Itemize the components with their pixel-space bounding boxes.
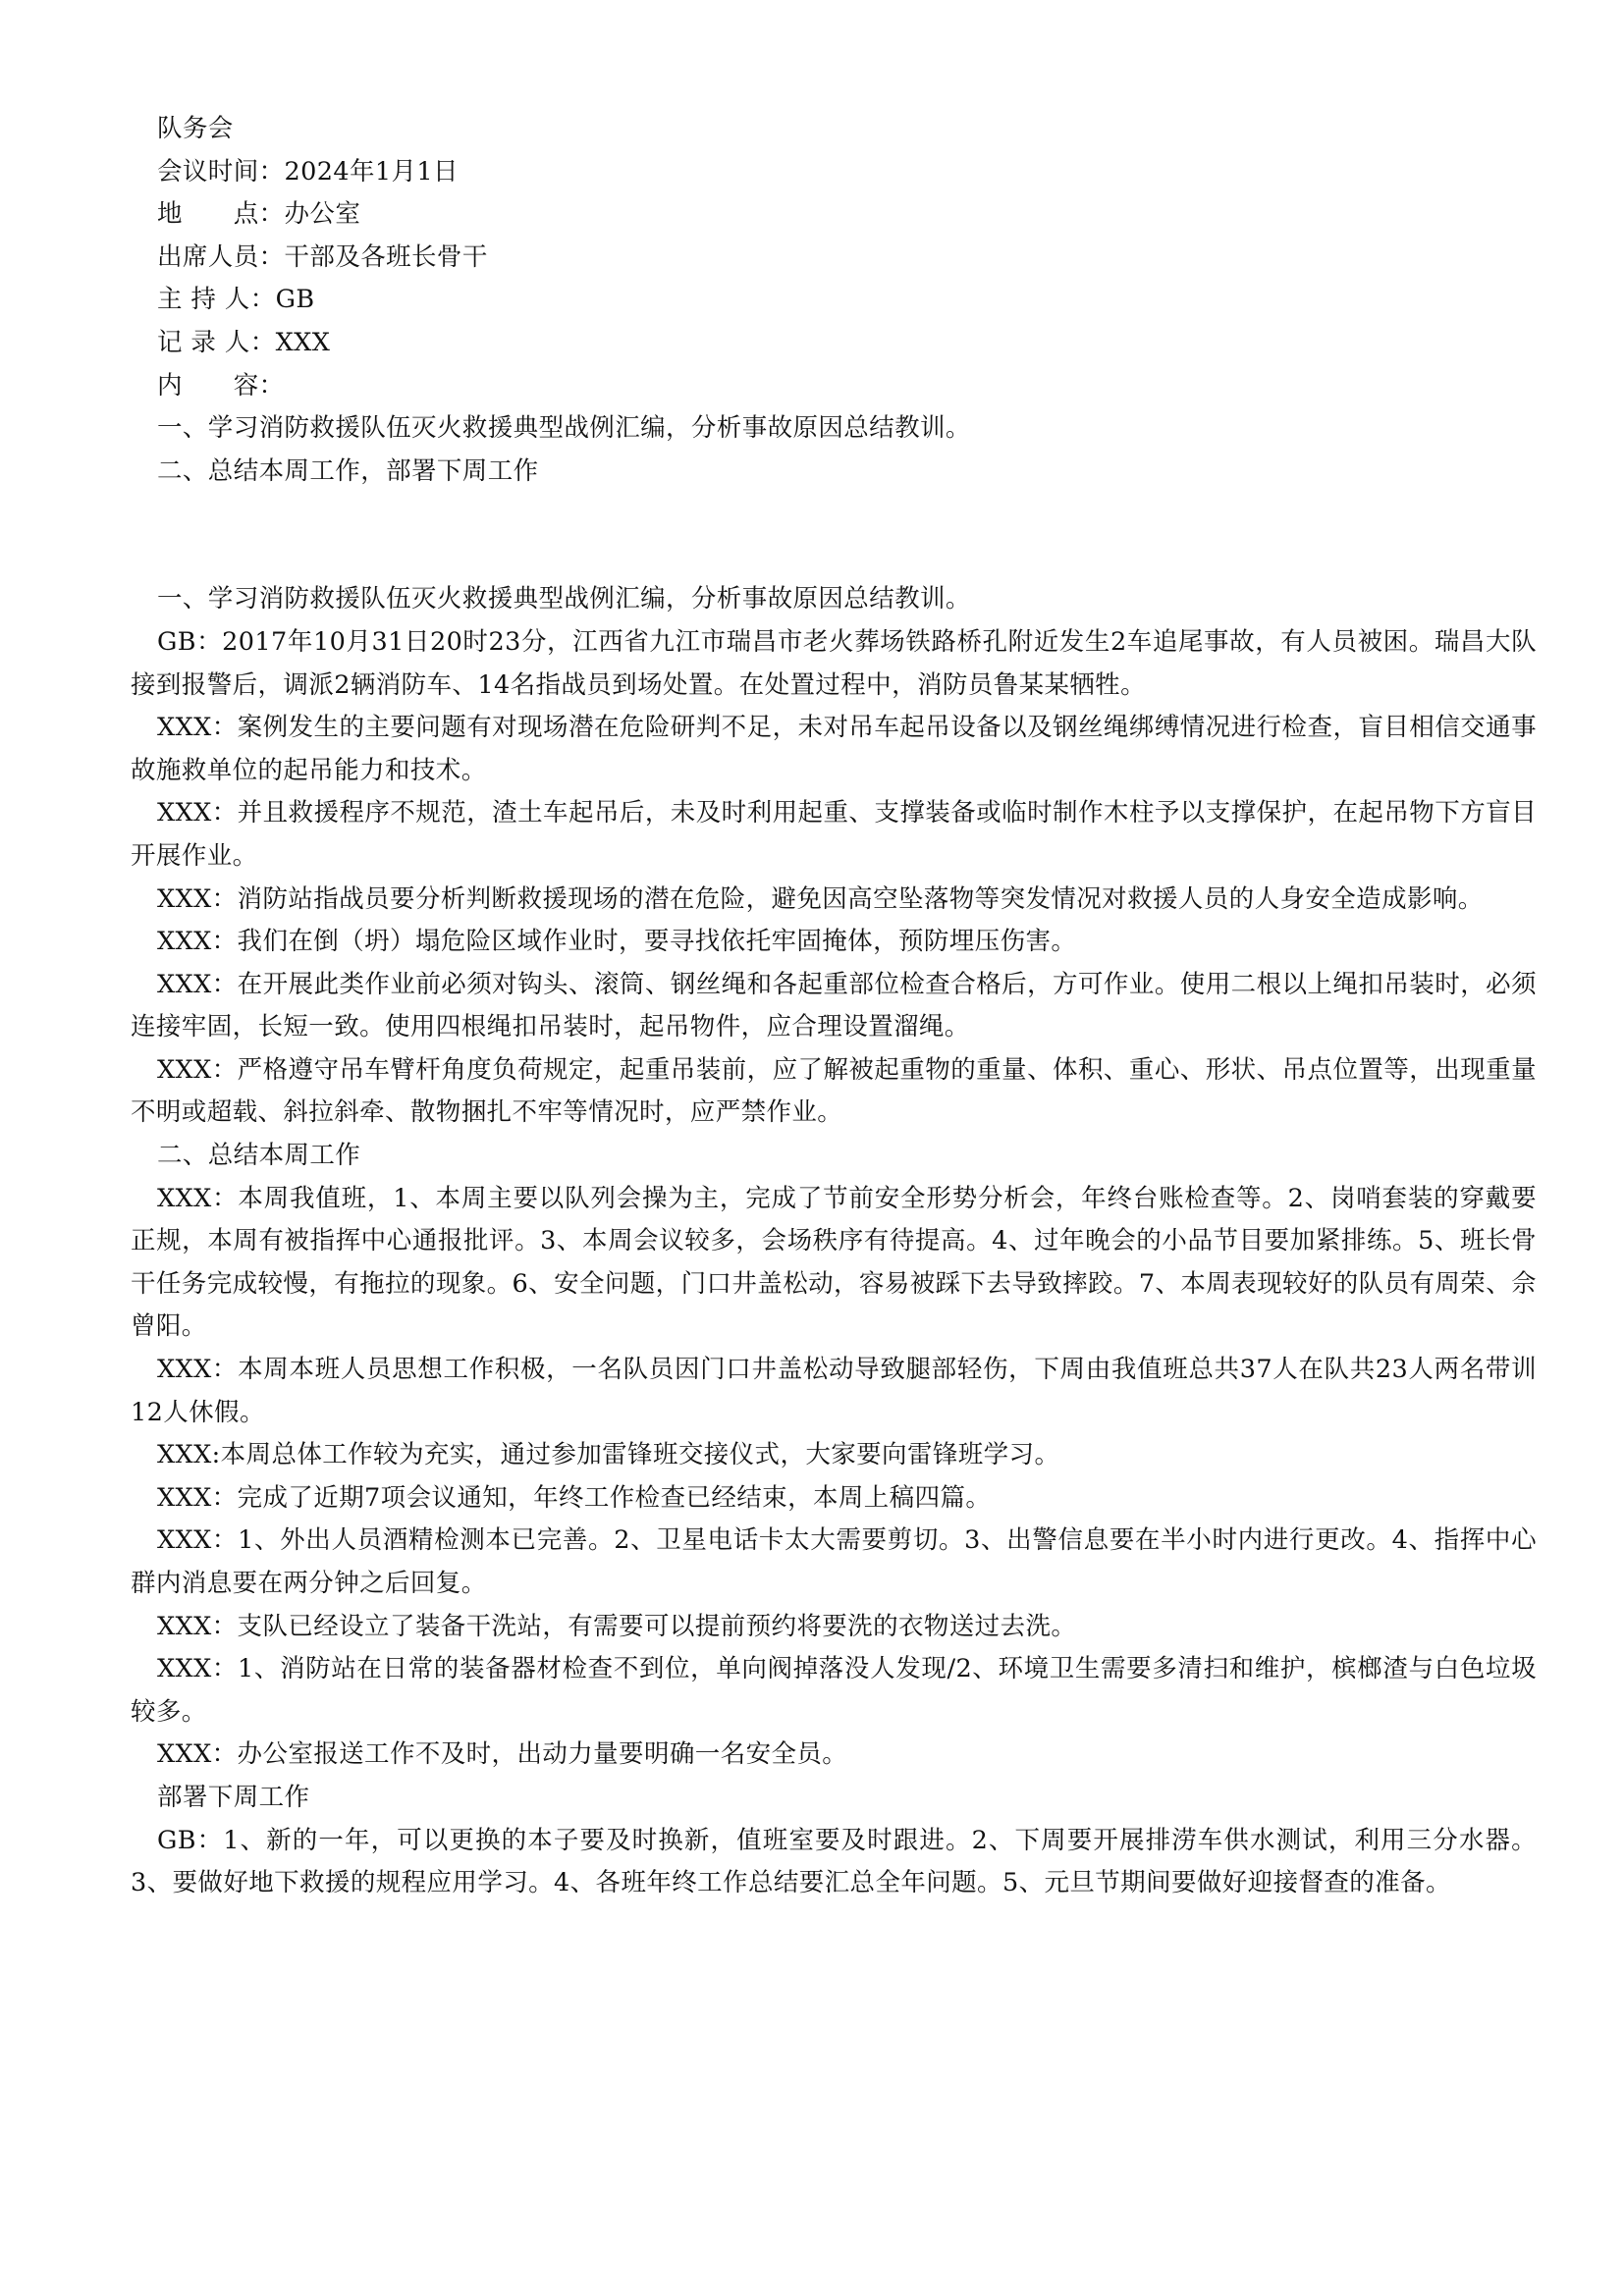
meta-row-content: 内 容： xyxy=(131,365,1537,408)
speaker-entry: XXX：1、外出人员酒精检测本已完善。2、卫星电话卡太大需要剪切。3、出警信息要… xyxy=(131,1520,1537,1605)
speaker-entry: XXX：消防站指战员要分析判断救援现场的潜在危险，避免因高空坠落物等突发情况对救… xyxy=(131,879,1537,922)
meta-row-host: 主 持 人：GB xyxy=(131,279,1537,322)
section-heading: 二、总结本周工作 xyxy=(131,1135,1537,1178)
speaker-entry: XXX：我们在倒（坍）塌危险区域作业时，要寻找依托牢固掩体，预防埋压伤害。 xyxy=(131,921,1537,964)
meeting-meta: 会议时间：2024年1月1日 地 点：办公室 出席人员：干部及各班长骨干 主 持… xyxy=(131,151,1537,408)
speaker-entry: XXX：1、消防站在日常的装备器材检查不到位，单向阀掉落没人发现/2、环境卫生需… xyxy=(131,1648,1537,1734)
section-case-study: 一、学习消防救援队伍灭火救援典型战例汇编，分析事故原因总结教训。 GB：2017… xyxy=(131,578,1537,1135)
meta-label: 地 点： xyxy=(157,193,285,237)
meta-value: XXX xyxy=(276,328,331,357)
section-next-week-plan: 部署下周工作 GB：1、新的一年，可以更换的本子要及时换新，值班室要及时跟进。2… xyxy=(131,1777,1537,1905)
speaker-entry: XXX：严格遵守吊车臂杆角度负荷规定，起重吊装前，应了解被起重物的重量、体积、重… xyxy=(131,1049,1537,1135)
speaker-entry: XXX：办公室报送工作不及时，出动力量要明确一名安全员。 xyxy=(131,1734,1537,1777)
document-page: 队务会 会议时间：2024年1月1日 地 点：办公室 出席人员：干部及各班长骨干… xyxy=(131,108,1537,1905)
meta-label: 内 容： xyxy=(157,365,285,408)
section-heading: 一、学习消防救援队伍灭火救援典型战例汇编，分析事故原因总结教训。 xyxy=(131,578,1537,621)
meta-value: 2024年1月1日 xyxy=(285,157,459,187)
agenda-item: 二、总结本周工作，部署下周工作 xyxy=(131,451,1537,494)
speaker-entry: XXX：在开展此类作业前必须对钩头、滚筒、钢丝绳和各起重部位检查合格后，方可作业… xyxy=(131,964,1537,1049)
meta-value: GB xyxy=(276,285,315,314)
document-title: 队务会 xyxy=(131,108,1537,151)
meta-value: 干部及各班长骨干 xyxy=(285,242,488,272)
speaker-entry: XXX：本周本班人员思想工作积极，一名队员因门口井盖松动导致腿部轻伤，下周由我值… xyxy=(131,1349,1537,1434)
agenda-item: 一、学习消防救援队伍灭火救援典型战例汇编，分析事故原因总结教训。 xyxy=(131,407,1537,451)
meta-row-attendees: 出席人员：干部及各班长骨干 xyxy=(131,237,1537,280)
speaker-entry: GB：1、新的一年，可以更换的本子要及时换新，值班室要及时跟进。2、下周要开展排… xyxy=(131,1820,1537,1905)
meta-label: 记 录 人： xyxy=(157,322,276,365)
meta-label: 会议时间： xyxy=(157,151,285,194)
speaker-entry: XXX：案例发生的主要问题有对现场潜在危险研判不足，未对吊车起吊设备以及钢丝绳绑… xyxy=(131,707,1537,792)
speaker-entry: XXX：本周我值班，1、本周主要以队列会操为主，完成了节前安全形势分析会，年终台… xyxy=(131,1178,1537,1349)
meta-value: 办公室 xyxy=(285,199,361,229)
speaker-entry: GB：2017年10月31日20时23分，江西省九江市瑞昌市老火葬场铁路桥孔附近… xyxy=(131,621,1537,707)
section-weekly-summary: 二、总结本周工作 XXX：本周我值班，1、本周主要以队列会操为主，完成了节前安全… xyxy=(131,1135,1537,1777)
speaker-entry: XXX：并且救援程序不规范，渣土车起吊后，未及时利用起重、支撑装备或临时制作木柱… xyxy=(131,792,1537,878)
speaker-entry: XXX:本周总体工作较为充实，通过参加雷锋班交接仪式，大家要向雷锋班学习。 xyxy=(131,1434,1537,1477)
meta-label: 主 持 人： xyxy=(157,279,276,322)
meta-row-recorder: 记 录 人：XXX xyxy=(131,322,1537,365)
agenda-list: 一、学习消防救援队伍灭火救援典型战例汇编，分析事故原因总结教训。 二、总结本周工… xyxy=(131,407,1537,493)
section-heading: 部署下周工作 xyxy=(131,1777,1537,1820)
meta-row-time: 会议时间：2024年1月1日 xyxy=(131,151,1537,194)
speaker-entry: XXX：完成了近期7项会议通知，年终工作检查已经结束，本周上稿四篇。 xyxy=(131,1477,1537,1521)
blank-gap xyxy=(131,493,1537,578)
meta-label: 出席人员： xyxy=(157,237,285,280)
speaker-entry: XXX：支队已经设立了装备干洗站，有需要可以提前预约将要洗的衣物送过去洗。 xyxy=(131,1606,1537,1649)
meta-row-location: 地 点：办公室 xyxy=(131,193,1537,237)
